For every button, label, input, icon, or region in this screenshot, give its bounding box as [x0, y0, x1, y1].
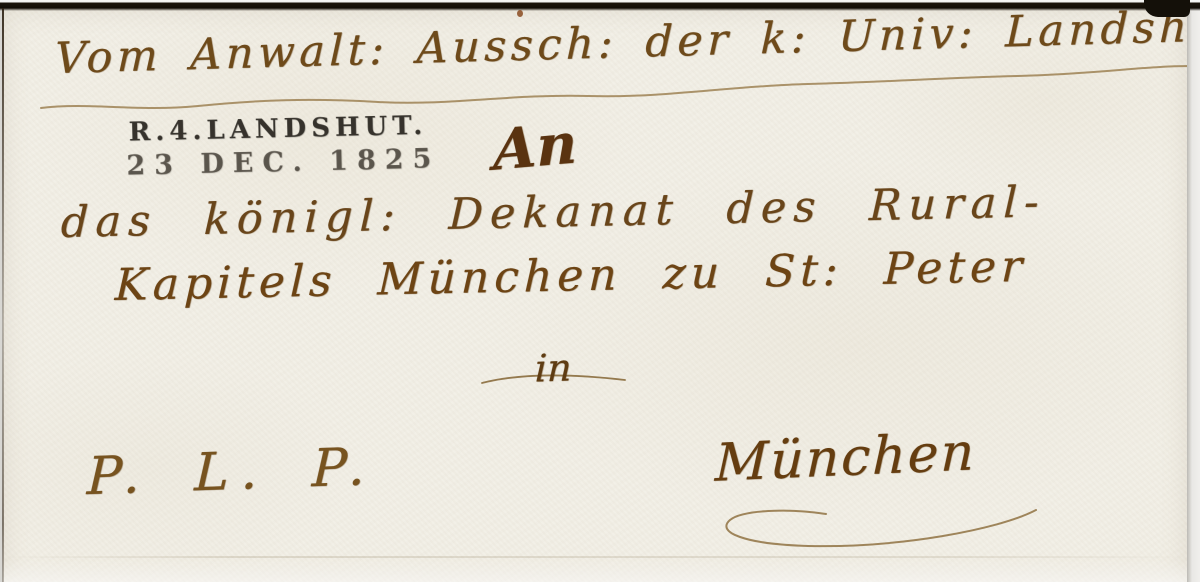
paper-fold-line	[3, 556, 1187, 558]
postmark-stamp: R.4.LANDSHUT. 23 DEC. 1825	[128, 110, 440, 181]
rust-speck	[517, 10, 523, 17]
destination-city: München	[714, 422, 976, 494]
paper-bottom-edge	[3, 560, 1187, 582]
scan-left-edge	[2, 8, 4, 582]
letter-paper: Vom Anwalt: Aussch: der k: Univ: Landshu…	[3, 8, 1187, 582]
scan-right-edge	[1187, 0, 1200, 582]
scan-corner-shadow	[1144, 0, 1190, 17]
address-line-2: Kapitels München zu St: Peter	[114, 241, 1028, 311]
city-flourish-loop	[698, 496, 1043, 552]
letter-scan: Vom Anwalt: Aussch: der k: Univ: Landshu…	[0, 0, 1200, 582]
address-preposition: in	[534, 345, 572, 390]
address-line-1: das königl: Dekanat des Rural-	[60, 177, 1046, 248]
scan-top-edge	[0, 0, 1200, 11]
postmark-date: 23 DEC. 1825	[126, 143, 441, 181]
postmark-town: R.4.LANDSHUT.	[128, 110, 440, 147]
clerk-initials: P. L. P.	[86, 437, 378, 507]
address-salutation: An	[493, 110, 578, 183]
